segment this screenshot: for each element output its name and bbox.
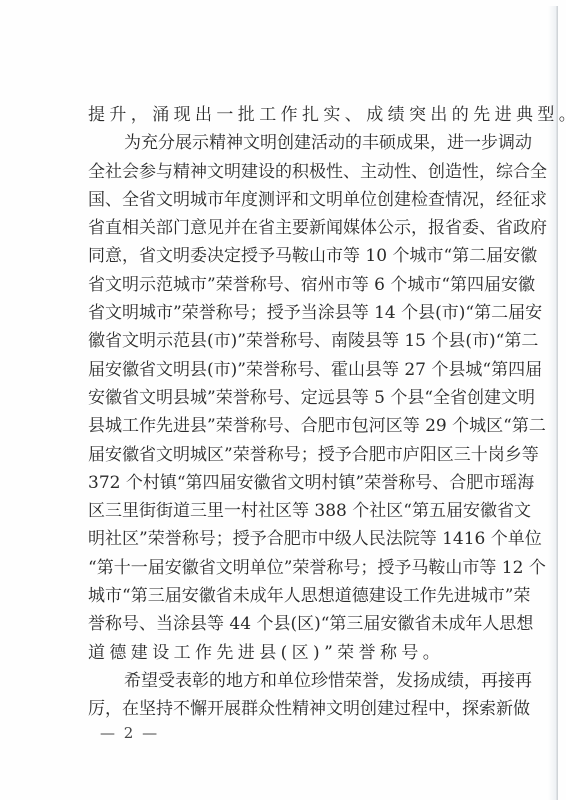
text-line: 届安徽省文明城区”荣誉称号；授予合肥市庐阳区三十岗乡等 [88, 441, 508, 469]
text-line: 省文明示范城市”荣誉称号、宿州市等 6 个城市“第四届安徽 [88, 271, 508, 299]
text-line: 区三里街街道三里一村社区等 388 个社区“第五届安徽省文 [88, 497, 508, 525]
text-line: 徽省文明示范县(市)”荣誉称号、南陵县等 15 个县(市)“第二 [88, 327, 508, 355]
text-line: 县城工作先进县”荣誉称号、合肥市包河区等 29 个城区“第二 [88, 412, 508, 440]
text-line: “第十一届安徽省文明单位”荣誉称号；授予马鞍山市等 12 个 [88, 554, 508, 582]
paragraph-first-line: 为充分展示精神文明创建活动的丰硕成果，进一步调动 [88, 129, 508, 157]
text-line: 届安徽省文明县(市)”荣誉称号、霍山县等 27 个县城“第四届 [88, 356, 508, 384]
text-line: 城市“第三届安徽省未成年人思想道德建设工作先进城市”荣 [88, 582, 508, 610]
text-line: 明社区”荣誉称号；授予合肥市中级人民法院等 1416 个单位 [88, 525, 508, 553]
text-line: 372 个村镇“第四届安徽省文明村镇”荣誉称号、合肥市瑶海 [88, 469, 508, 497]
body-text: 提升，涌现出一批工作扎实、成绩突出的先进典型。 为充分展示精神文明创建活动的丰硕… [88, 101, 508, 724]
text-line: 道德建设工作先进县(区)”荣誉称号。 [88, 639, 508, 667]
text-line: 全社会参与精神文明建设的积极性、主动性、创造性，综合全 [88, 158, 508, 186]
text-line: 安徽省文明县城”荣誉称号、定远县等 5 个县“全省创建文明 [88, 384, 508, 412]
text-line: 国、全省文明城市年度测评和文明单位创建检查情况，经征求 [88, 186, 508, 214]
document-page: 提升，涌现出一批工作扎实、成绩突出的先进典型。 为充分展示精神文明创建活动的丰硕… [0, 0, 566, 800]
text-line: 同意，省文明委决定授予马鞍山市等 10 个城市“第二届安徽 [88, 242, 508, 270]
text-line: 省文明城市”荣誉称号；授予当涂县等 14 个县(市)“第二届安 [88, 299, 508, 327]
text-line: 厉，在坚持不懈开展群众性精神文明创建过程中，探索新做 [88, 695, 508, 723]
text-line: 提升，涌现出一批工作扎实、成绩突出的先进典型。 [88, 101, 508, 129]
text-line: 誉称号、当涂县等 44 个县(区)“第三届安徽省未成年人思想 [88, 610, 508, 638]
page-number: — 2 — [100, 722, 159, 744]
scan-edge-shadow [548, 6, 556, 800]
paragraph-first-line: 希望受表彰的地方和单位珍惜荣誉，发扬成绩，再接再 [88, 667, 508, 695]
text-line: 省直相关部门意见并在省主要新闻媒体公示，报省委、省政府 [88, 214, 508, 242]
scan-edge-line [556, 6, 558, 800]
